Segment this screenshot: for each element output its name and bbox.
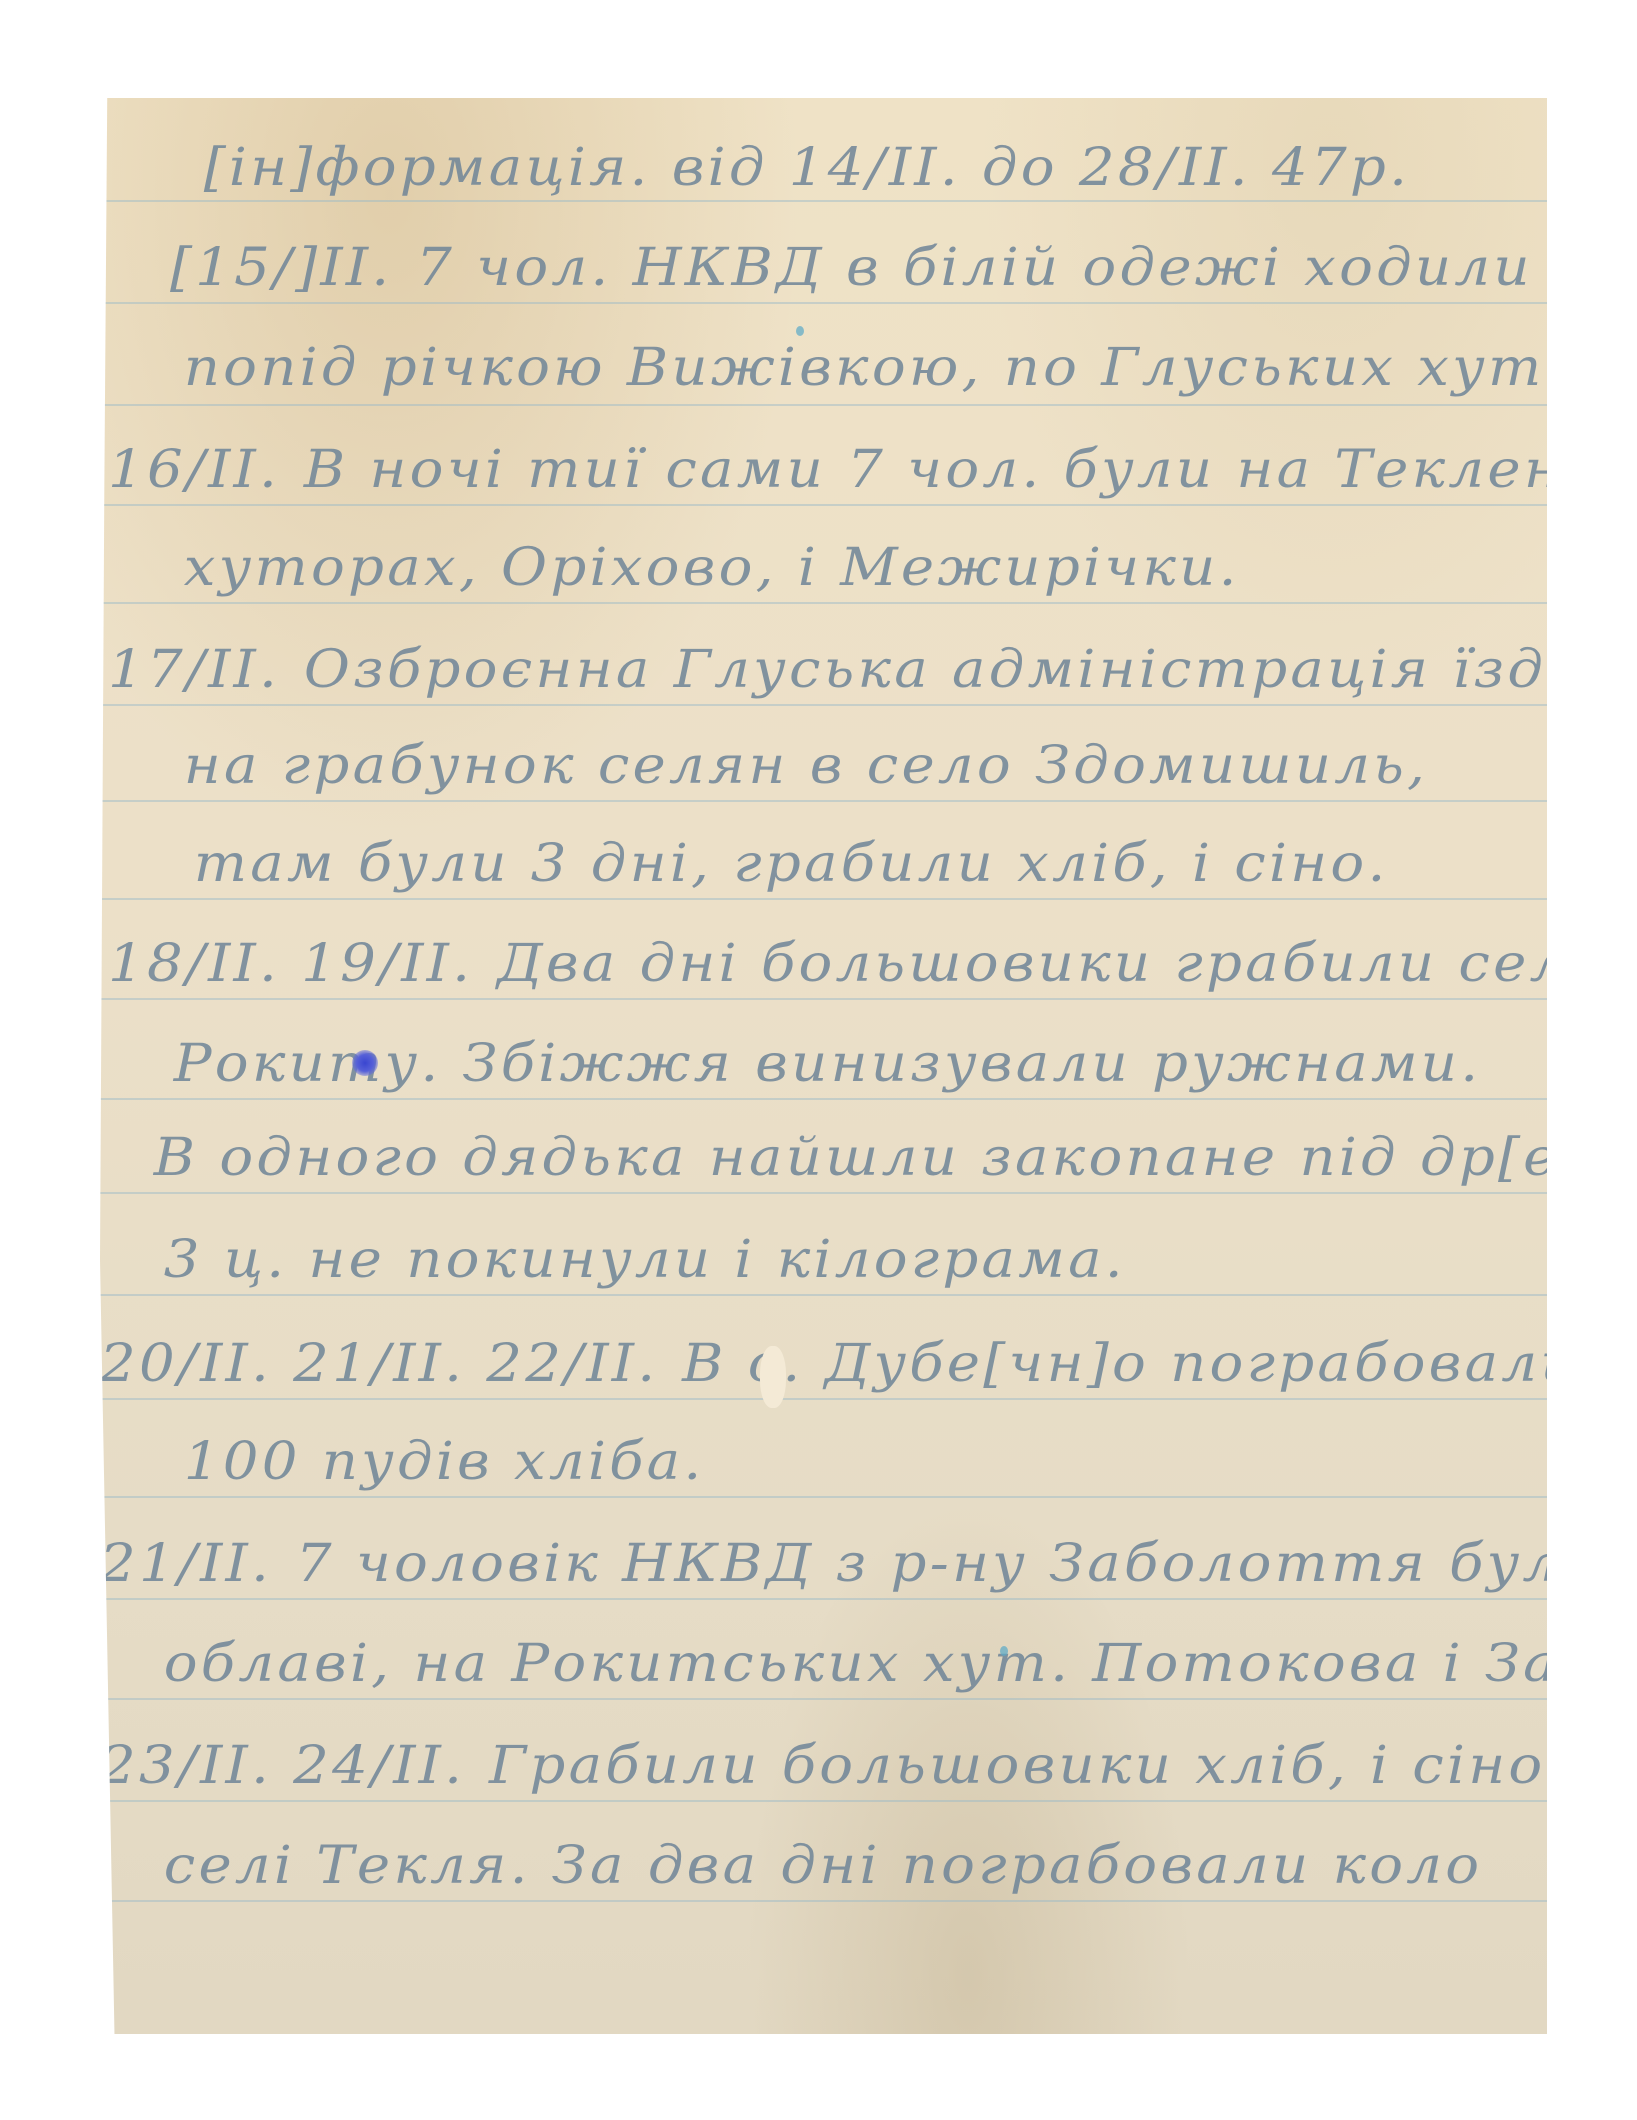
text-line: хуторах, Оріхово, і Межирічки.: [160, 538, 1240, 598]
text-line: 100 пудів хліба.: [160, 1432, 704, 1492]
entry-text: В ночі тиї сами 7 чол. були на Текленськ…: [304, 440, 1637, 500]
ruled-line: [100, 998, 1547, 1000]
ruled-line: [100, 1398, 1547, 1400]
ruled-line: [100, 1598, 1547, 1600]
text-line: попід річкою Вижівкою, по Глуських хут.: [160, 338, 1566, 398]
text-line: [15/]ІІ.7 чол. НКВД в білій одежі ходили: [170, 238, 1533, 298]
entry-text: там були 3 дні, грабили хліб, і сіно.: [194, 834, 1389, 894]
ink-speck: [1000, 1646, 1008, 1656]
text-line: В одного дядька найшли закопане під др[е…: [130, 1128, 1637, 1188]
ruled-line: [100, 1900, 1547, 1902]
entry-date: 21/ІІ.: [100, 1534, 272, 1594]
ink-speck: [796, 326, 804, 336]
paper-sheet: [ін]формація. від 14/ІІ. до 28/ІІ. 47р. …: [100, 98, 1547, 2034]
ruled-line: [100, 1496, 1547, 1498]
entry-date: [15/]ІІ.: [170, 238, 392, 298]
ruled-line: [100, 1294, 1547, 1296]
text-line: селі Текля. За два дні пограбовали коло: [140, 1836, 1482, 1896]
ruled-line: [100, 1800, 1547, 1802]
entry-text: 100 пудів хліба.: [184, 1432, 705, 1492]
entry-date: 17/ІІ.: [108, 640, 280, 700]
ruled-line: [100, 200, 1547, 202]
entry-text: В одного дядька найшли закопане під др[е…: [154, 1128, 1637, 1188]
entry-text: селі Текля. За два дні пограбовали коло: [164, 1836, 1483, 1896]
entry-text: облаві, на Рокитських хут. Потокова і За…: [164, 1634, 1637, 1694]
ruled-line: [100, 898, 1547, 900]
ruled-line: [100, 602, 1547, 604]
ruled-line: [100, 302, 1547, 304]
entry-text: 7 чоловік НКВД з р-ну Заболоття були на: [296, 1534, 1637, 1594]
entry-text: [ін]формація. від 14/ІІ. до 28/ІІ. 47р.: [204, 138, 1410, 198]
entry-date: 16/ІІ.: [108, 440, 280, 500]
text-line: там були 3 дні, грабили хліб, і сіно.: [170, 834, 1389, 894]
entry-text: Озброєнна Глуська адміністрація їзди[ла]: [304, 640, 1637, 700]
entry-text: 7 чол. НКВД в білій одежі ходили: [416, 238, 1533, 298]
text-line: 3 ц. не покинули і кілограма.: [140, 1230, 1126, 1290]
text-line: 21/ІІ.7 чоловік НКВД з р-ну Заболоття бу…: [100, 1534, 1637, 1594]
ruled-line: [100, 704, 1547, 706]
text-line: облаві, на Рокитських хут. Потокова і За…: [140, 1634, 1637, 1694]
ruled-line: [100, 1192, 1547, 1194]
paper-hole: [760, 1346, 786, 1408]
ruled-line: [100, 1698, 1547, 1700]
text-line: 16/ІІ.В ночі тиї сами 7 чол. були на Тек…: [108, 440, 1637, 500]
text-line: 23/ІІ. 24/ІІ.Грабили большовики хліб, і …: [100, 1736, 1603, 1796]
entry-text: попід річкою Вижівкою, по Глуських хут.: [184, 338, 1566, 398]
entry-text: хуторах, Оріхово, і Межирічки.: [184, 538, 1240, 598]
text-line: 17/ІІ.Озброєнна Глуська адміністрація їз…: [108, 640, 1637, 700]
ruled-line: [100, 800, 1547, 802]
entry-text: В с. Дубе[чн]о пограбовали більше: [682, 1334, 1637, 1394]
entry-text: 3 ц. не покинули і кілограма.: [164, 1230, 1126, 1290]
entry-text: Грабили большовики хліб, і сіно в: [489, 1736, 1603, 1796]
ruled-line: [100, 504, 1547, 506]
entry-date: 20/ІІ. 21/ІІ. 22/ІІ.: [100, 1334, 658, 1394]
text-line: Рокиту. Збіжжя винизували ружнами.: [150, 1034, 1481, 1094]
entry-date: 23/ІІ. 24/ІІ.: [100, 1736, 465, 1796]
text-line: на грабунок селян в село Здомишиль,: [160, 736, 1428, 796]
text-line: 20/ІІ. 21/ІІ. 22/ІІ.В с. Дубе[чн]о погра…: [100, 1334, 1637, 1394]
entry-date: 18/ІІ. 19/ІІ.: [108, 934, 473, 994]
ink-blot: [352, 1050, 378, 1076]
text-line: 18/ІІ. 19/ІІ.Два дні большовики грабили …: [108, 934, 1606, 994]
entry-text: Два дні большовики грабили село: [497, 934, 1606, 994]
ruled-line: [100, 1098, 1547, 1100]
ruled-line: [100, 404, 1547, 406]
text-line: [ін]формація. від 14/ІІ. до 28/ІІ. 47р.: [180, 138, 1410, 198]
entry-text: на грабунок селян в село Здомишиль,: [184, 736, 1428, 796]
